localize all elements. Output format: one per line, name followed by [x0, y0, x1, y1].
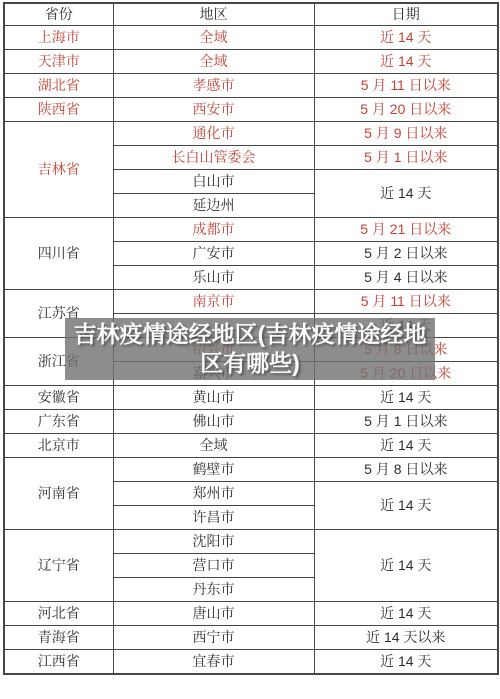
date-cell: 5 月 11 日以来	[314, 74, 498, 98]
table-row: 广东省佛山市5 月 1 日以来	[4, 410, 498, 434]
province-cell: 辽宁省	[4, 530, 113, 602]
region-cell: 乐山市	[113, 266, 314, 290]
region-cell: 宜春市	[113, 650, 314, 675]
date-cell: 5 月 4 日以来	[314, 266, 498, 290]
region-cell: 全域	[113, 434, 314, 458]
date-cell: 5 月 1 日以来	[314, 146, 498, 170]
province-cell: 河北省	[4, 602, 113, 626]
region-cell: 丹东市	[113, 578, 314, 602]
overlay-title-line-1: 吉林疫情途经地区(吉林疫情途经地	[74, 320, 427, 349]
province-cell: 安徽省	[4, 386, 113, 410]
region-cell: 佛山市	[113, 410, 314, 434]
table-row: 江苏省南京市5 月 11 日以来	[4, 290, 498, 314]
header-row: 省份 地区 日期	[4, 3, 498, 26]
table-row: 天津市全域近 14 天	[4, 50, 498, 74]
table-row: 北京市全域近 14 天	[4, 434, 498, 458]
table-row: 河南省鹤壁市5 月 8 日以来	[4, 458, 498, 482]
region-cell: 成都市	[113, 218, 314, 242]
date-cell: 5 月 8 日以来	[314, 458, 498, 482]
region-cell: 黄山市	[113, 386, 314, 410]
province-cell: 天津市	[4, 50, 113, 74]
column-header-date: 日期	[314, 3, 498, 26]
province-cell: 北京市	[4, 434, 113, 458]
date-cell: 5 月 2 日以来	[314, 242, 498, 266]
table-row: 安徽省黄山市近 14 天	[4, 386, 498, 410]
table-row: 江西省宜春市近 14 天	[4, 650, 498, 675]
table-header: 省份 地区 日期	[4, 3, 498, 26]
province-cell: 河南省	[4, 458, 113, 530]
column-header-province: 省份	[4, 3, 113, 26]
table-row: 吉林省通化市5 月 9 日以来	[4, 122, 498, 146]
region-cell: 营口市	[113, 554, 314, 578]
province-cell: 上海市	[4, 26, 113, 50]
table-row: 上海市全域近 14 天	[4, 26, 498, 50]
date-cell: 5 月 11 日以来	[314, 290, 498, 314]
province-cell: 吉林省	[4, 122, 113, 218]
region-cell: 白山市	[113, 170, 314, 194]
region-cell: 鹤壁市	[113, 458, 314, 482]
region-cell: 通化市	[113, 122, 314, 146]
region-cell: 唐山市	[113, 602, 314, 626]
region-cell: 许昌市	[113, 506, 314, 530]
province-cell: 四川省	[4, 218, 113, 290]
date-cell: 近 14 天	[314, 386, 498, 410]
table-row: 河北省唐山市近 14 天	[4, 602, 498, 626]
province-cell: 陕西省	[4, 98, 113, 122]
region-cell: 全域	[113, 26, 314, 50]
table-row: 陕西省西安市5 月 20 日以来	[4, 98, 498, 122]
region-cell: 沈阳市	[113, 530, 314, 554]
overlay-title-line-2: 区有哪些)	[200, 349, 300, 378]
province-cell: 青海省	[4, 626, 113, 650]
title-overlay: 吉林疫情途经地区(吉林疫情途经地 区有哪些)	[65, 318, 435, 380]
date-cell: 近 14 天	[314, 26, 498, 50]
date-cell: 5 月 1 日以来	[314, 410, 498, 434]
table-row: 青海省西宁市近 14 天以来	[4, 626, 498, 650]
province-cell: 湖北省	[4, 74, 113, 98]
date-cell: 近 14 天	[314, 530, 498, 602]
region-cell: 孝感市	[113, 74, 314, 98]
date-cell: 5 月 21 日以来	[314, 218, 498, 242]
date-cell: 5 月 9 日以来	[314, 122, 498, 146]
date-cell: 近 14 天	[314, 170, 498, 218]
date-cell: 近 14 天以来	[314, 626, 498, 650]
page: 省份 地区 日期 上海市全域近 14 天天津市全域近 14 天湖北省孝感市5 月…	[0, 0, 500, 699]
region-cell: 南京市	[113, 290, 314, 314]
date-cell: 近 14 天	[314, 434, 498, 458]
table-row: 四川省成都市5 月 21 日以来	[4, 218, 498, 242]
province-cell: 江西省	[4, 650, 113, 675]
region-cell: 西宁市	[113, 626, 314, 650]
region-cell: 郑州市	[113, 482, 314, 506]
table-row: 辽宁省沈阳市近 14 天	[4, 530, 498, 554]
region-cell: 长白山管委会	[113, 146, 314, 170]
table-row: 湖北省孝感市5 月 11 日以来	[4, 74, 498, 98]
date-cell: 近 14 天	[314, 602, 498, 626]
province-cell: 广东省	[4, 410, 113, 434]
region-cell: 全域	[113, 50, 314, 74]
region-cell: 延边州	[113, 194, 314, 218]
date-cell: 近 14 天	[314, 482, 498, 530]
column-header-region: 地区	[113, 3, 314, 26]
date-cell: 近 14 天	[314, 650, 498, 675]
region-cell: 西安市	[113, 98, 314, 122]
date-cell: 5 月 20 日以来	[314, 98, 498, 122]
date-cell: 近 14 天	[314, 50, 498, 74]
region-cell: 广安市	[113, 242, 314, 266]
